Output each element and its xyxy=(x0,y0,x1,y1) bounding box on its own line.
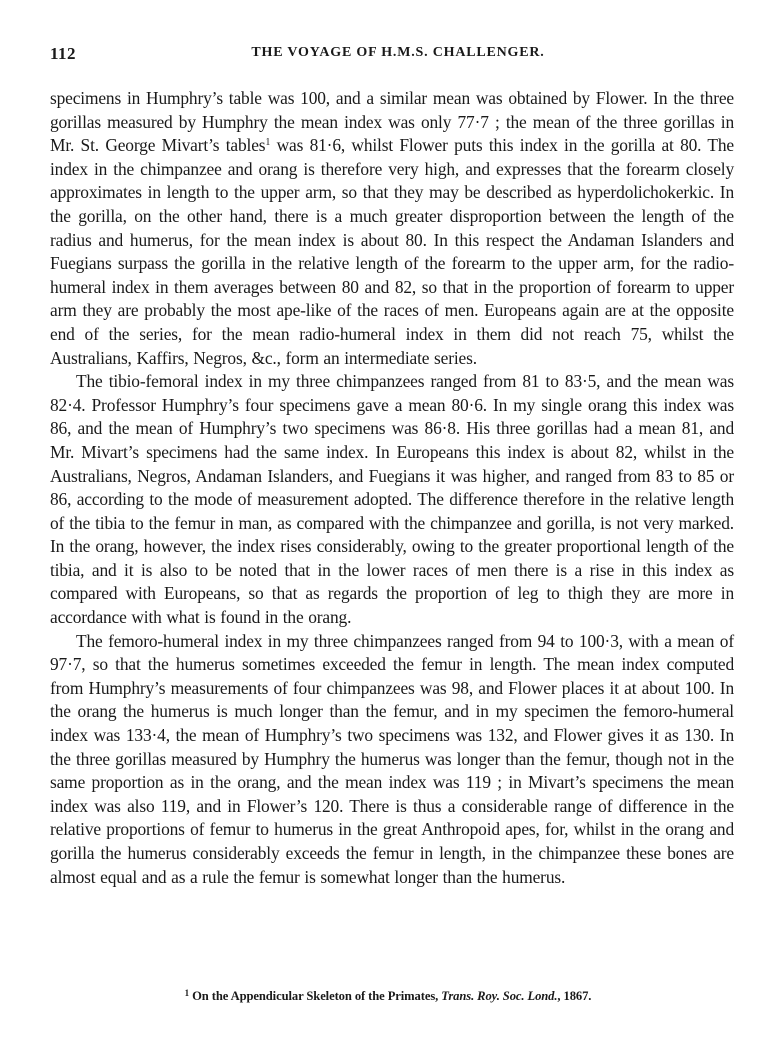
footnote: 1 On the Appendicular Skeleton of the Pr… xyxy=(0,989,776,1004)
running-title: THE VOYAGE OF H.M.S. CHALLENGER. xyxy=(50,45,734,61)
body-text: specimens in Humphry’s table was 100, an… xyxy=(50,87,734,889)
paragraph-tibio-femoral: The tibio-femoral index in my three chim… xyxy=(50,370,734,630)
footnote-year: , 1867. xyxy=(557,989,591,1003)
footnote-journal: Trans. Roy. Soc. Lond. xyxy=(441,989,557,1003)
footnote-text: On the Appendicular Skeleton of the Prim… xyxy=(189,989,441,1003)
page-header: 112 THE VOYAGE OF H.M.S. CHALLENGER. xyxy=(50,44,734,68)
paragraph-femoro-humeral: The femoro-humeral index in my three chi… xyxy=(50,630,734,890)
paragraph-radio-humeral: specimens in Humphry’s table was 100, an… xyxy=(50,87,734,370)
paragraph-text: was 81·6, whilst Flower puts this index … xyxy=(50,135,734,367)
